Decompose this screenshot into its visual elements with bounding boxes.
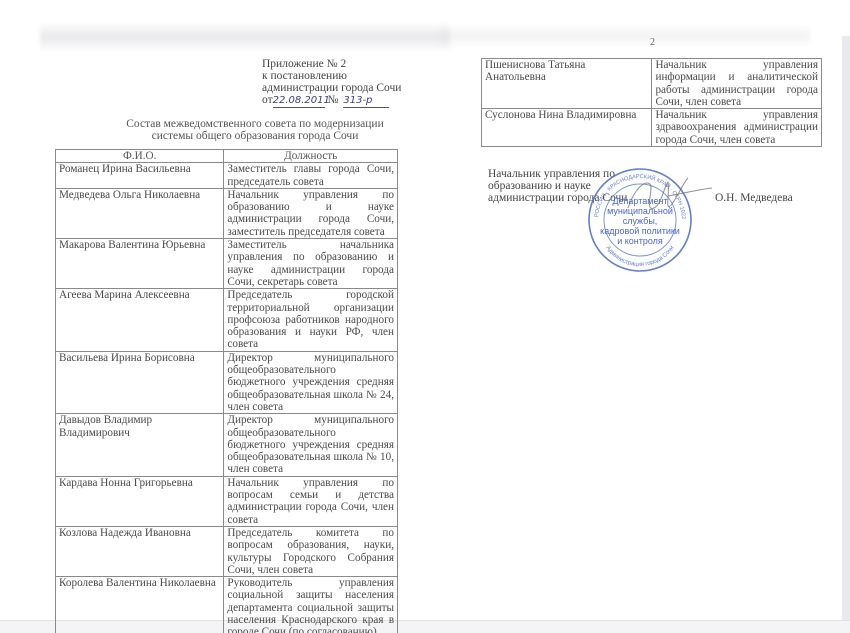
table-row: Агеева Марина АлексеевнаПредседатель гор…: [56, 289, 398, 351]
annex-line-3: администрации города Сочи: [262, 82, 401, 94]
handwritten-signature-icon: [610, 168, 720, 228]
member-name: Романец Ирина Васильевна: [56, 163, 224, 189]
table-header-row: Ф.И.О. Должность: [56, 150, 398, 163]
members-table-page-1: Ф.И.О. Должность Романец Ирина Васильевн…: [55, 149, 398, 633]
member-name: Суслонова Нина Владимировна: [482, 109, 652, 147]
stamp-line: и контроля: [586, 236, 694, 246]
member-position: Директор муниципального общеобразователь…: [224, 351, 398, 413]
header-fio: Ф.И.О.: [56, 150, 224, 163]
document-title: Состав межведомственного совета по модер…: [110, 118, 400, 142]
member-position: Руководитель управления социальной защит…: [224, 577, 398, 633]
table-row: Макарова Валентина ЮрьевнаЗаместитель на…: [56, 239, 398, 289]
table-row: Васильева Ирина БорисовнаДиректор муници…: [56, 351, 398, 413]
title-line-2: системы общего образования города Сочи: [110, 130, 400, 142]
header-position: Должность: [224, 150, 398, 163]
member-name: Козлова Надежда Ивановна: [56, 526, 224, 576]
member-position: Начальник управления здравоохранения адм…: [652, 109, 822, 147]
title-line-1: Состав межведомственного совета по модер…: [110, 118, 400, 130]
scan-artifact-top-left: [40, 22, 450, 52]
table-row: Кардава Нонна ГригорьевнаНачальник управ…: [56, 476, 398, 526]
handwritten-date: 22.08.2011: [273, 95, 325, 108]
date-prefix: от: [262, 94, 273, 106]
member-position: Начальник управления по образованию и на…: [224, 188, 398, 238]
member-position: Заместитель начальника управления по обр…: [224, 239, 398, 289]
member-position: Председатель комитета по вопросам образо…: [224, 526, 398, 576]
member-name: Кардава Нонна Григорьевна: [56, 476, 224, 526]
members-table-page-2: Пшениснова Татьяна АнатольевнаНачальник …: [481, 58, 822, 147]
member-name: Давыдов Владимир Владимирович: [56, 414, 224, 476]
annex-line-1: Приложение № 2: [262, 58, 401, 70]
table-row: Козлова Надежда ИвановнаПредседатель ком…: [56, 526, 398, 576]
annex-line-2: к постановлению: [262, 70, 401, 82]
signatory-name: О.Н. Медведева: [715, 192, 793, 204]
table-row: Королева Валентина НиколаевнаРуководител…: [56, 577, 398, 633]
handwritten-number: 313-р: [343, 95, 389, 108]
page-number: 2: [650, 37, 655, 48]
table-row: Романец Ирина ВасильевнаЗаместитель глав…: [56, 163, 398, 189]
member-position: Директор муниципального общеобразователь…: [224, 414, 398, 476]
member-position: Председатель городской территориальной о…: [224, 289, 398, 351]
member-position: Начальник управления информации и аналит…: [652, 59, 822, 109]
member-name: Васильева Ирина Борисовна: [56, 351, 224, 413]
member-position: Заместитель главы города Сочи, председат…: [224, 163, 398, 189]
annex-header: Приложение № 2 к постановлению администр…: [262, 58, 401, 108]
table-row: Суслонова Нина ВладимировнаНачальник упр…: [482, 109, 822, 147]
number-prefix: №: [328, 94, 339, 106]
table-row: Пшениснова Татьяна АнатольевнаНачальник …: [482, 59, 822, 109]
scan-artifact-top-right: [440, 24, 810, 48]
table-row: Давыдов Владимир ВладимировичДиректор му…: [56, 414, 398, 476]
table-row: Медведева Ольга НиколаевнаНачальник упра…: [56, 188, 398, 238]
member-name: Королева Валентина Николаевна: [56, 577, 224, 633]
scan-artifact-right-edge: [842, 36, 850, 626]
member-name: Медведева Ольга Николаевна: [56, 188, 224, 238]
member-name: Макарова Валентина Юрьевна: [56, 239, 224, 289]
annex-date-line: от22.08.2011 № 313-р: [262, 94, 401, 108]
member-name: Агеева Марина Алексеевна: [56, 289, 224, 351]
member-name: Пшениснова Татьяна Анатольевна: [482, 59, 652, 109]
member-position: Начальник управления по вопросам семьи и…: [224, 476, 398, 526]
